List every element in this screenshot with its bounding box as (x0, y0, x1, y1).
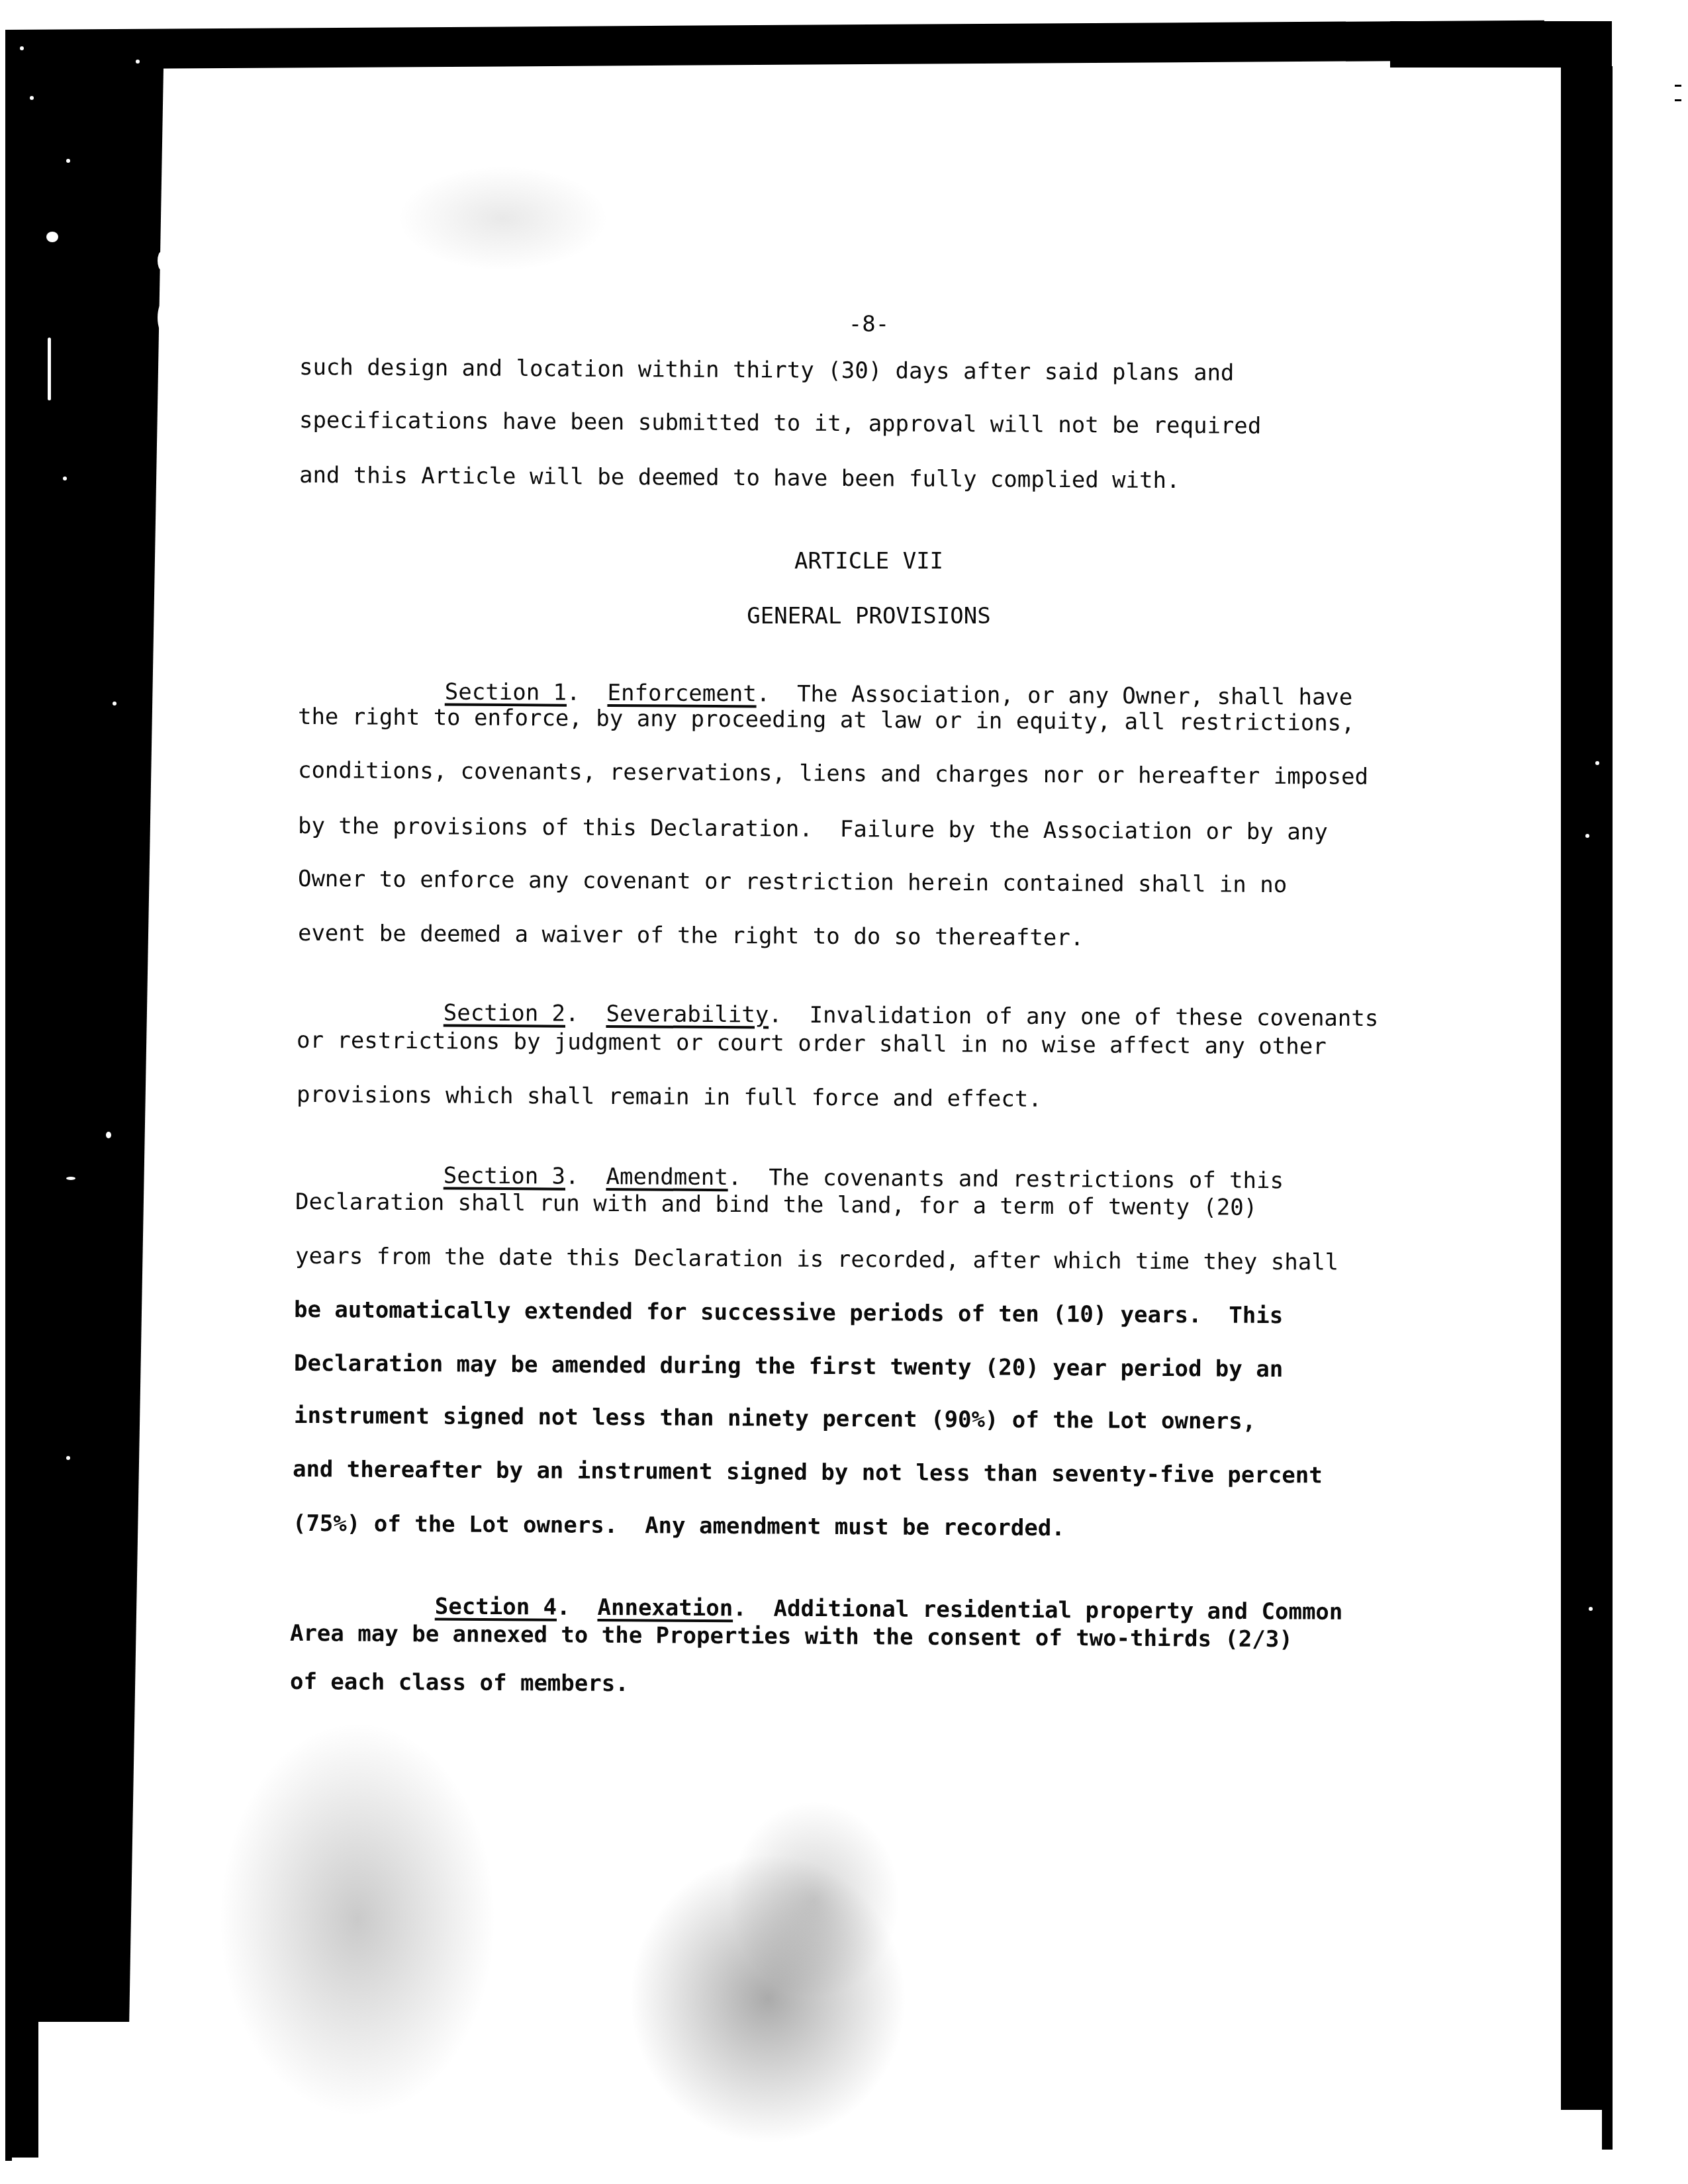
body-line: years from the date this Declaration is … (295, 1243, 1338, 1276)
punct: . (733, 1595, 774, 1621)
border-speck (1585, 834, 1589, 838)
section-3-first-line: The covenants and restrictions of this (769, 1165, 1284, 1195)
section-4-number: Section 4 (435, 1594, 557, 1621)
body-line: Area may be annexed to the Properties wi… (290, 1620, 1293, 1653)
body-line: Declaration shall run with and bind the … (295, 1189, 1258, 1221)
section-2-first-line: Invalidation of any one of these covenan… (809, 1002, 1378, 1032)
punct: . (565, 1163, 606, 1190)
section-1-first-line: The Association, or any Owner, shall hav… (797, 681, 1352, 711)
scan-noise (397, 165, 609, 271)
punct: . (769, 1002, 810, 1028)
punct: . (728, 1164, 769, 1191)
scan-noise (218, 1721, 496, 2118)
body-line: (75%) of the Lot owners. Any amendment m… (293, 1510, 1065, 1541)
scan-border-left-bottom-strip (5, 2118, 12, 2161)
body-line: specifications have been submitted to it… (299, 407, 1262, 439)
section-1-number: Section 1 (445, 679, 567, 706)
punct: . (557, 1594, 598, 1621)
section-4-heading: Annexation (597, 1594, 733, 1621)
border-speck (20, 46, 24, 50)
scan-noise (728, 1800, 900, 1999)
section-4-first-line: Additional residential property and Comm… (774, 1596, 1343, 1625)
body-line: Owner to enforce any covenant or restric… (298, 866, 1288, 898)
border-speck (46, 232, 58, 242)
section-3-number: Section 3 (444, 1163, 565, 1190)
border-speck (136, 60, 140, 64)
body-line: provisions which shall remain in full fo… (297, 1081, 1042, 1113)
border-speck (1589, 1607, 1593, 1611)
body-line: conditions, covenants, reservations, lie… (298, 757, 1368, 790)
punct: . (757, 680, 798, 707)
body-line: Declaration may be amended during the fi… (294, 1350, 1284, 1383)
body-line: by the provisions of this Declaration. F… (298, 813, 1328, 846)
border-speck (66, 1456, 70, 1460)
scan-border-right (1561, 66, 1613, 2110)
border-speck (66, 1177, 75, 1180)
body-line: event be deemed a waiver of the right to… (298, 920, 1084, 951)
section-1-heading: Enforcement (607, 680, 756, 707)
body-line: of each class of members. (290, 1668, 629, 1697)
border-speck (113, 702, 117, 705)
section-2-heading: Severability (606, 1001, 769, 1028)
border-speck (30, 96, 34, 100)
section-3-heading: Amendment (606, 1163, 727, 1191)
edge-mark (1675, 99, 1681, 101)
border-speck (106, 1132, 111, 1138)
border-speck (48, 338, 51, 400)
article-subtitle: GENERAL PROVISIONS (0, 603, 1688, 629)
scanned-page: -8- such design and location within thir… (0, 0, 1688, 2184)
body-line: instrument signed not less than ninety p… (294, 1402, 1256, 1435)
body-line: or restrictions by judgment or court ord… (297, 1027, 1327, 1060)
border-speck (66, 159, 70, 163)
punct: . (565, 1001, 606, 1027)
border-speck (1595, 761, 1599, 765)
edge-mark (1675, 85, 1681, 87)
body-line: such design and location within thirty (… (299, 354, 1235, 387)
border-speck (63, 477, 67, 480)
scan-border-right-bottom-strip (1602, 2105, 1613, 2150)
punct: . (567, 680, 608, 706)
page-number: -8- (0, 311, 1688, 338)
article-title: ARTICLE VII (0, 548, 1688, 574)
scan-border-top (5, 21, 1544, 69)
body-line: and this Article will be deemed to have … (299, 462, 1180, 494)
scan-border-top-right (1390, 21, 1612, 68)
border-speck (158, 251, 165, 270)
body-line: be automatically extended for successive… (294, 1297, 1284, 1329)
body-line: and thereafter by an instrument signed b… (293, 1456, 1323, 1489)
section-2-number: Section 2 (444, 1000, 565, 1027)
